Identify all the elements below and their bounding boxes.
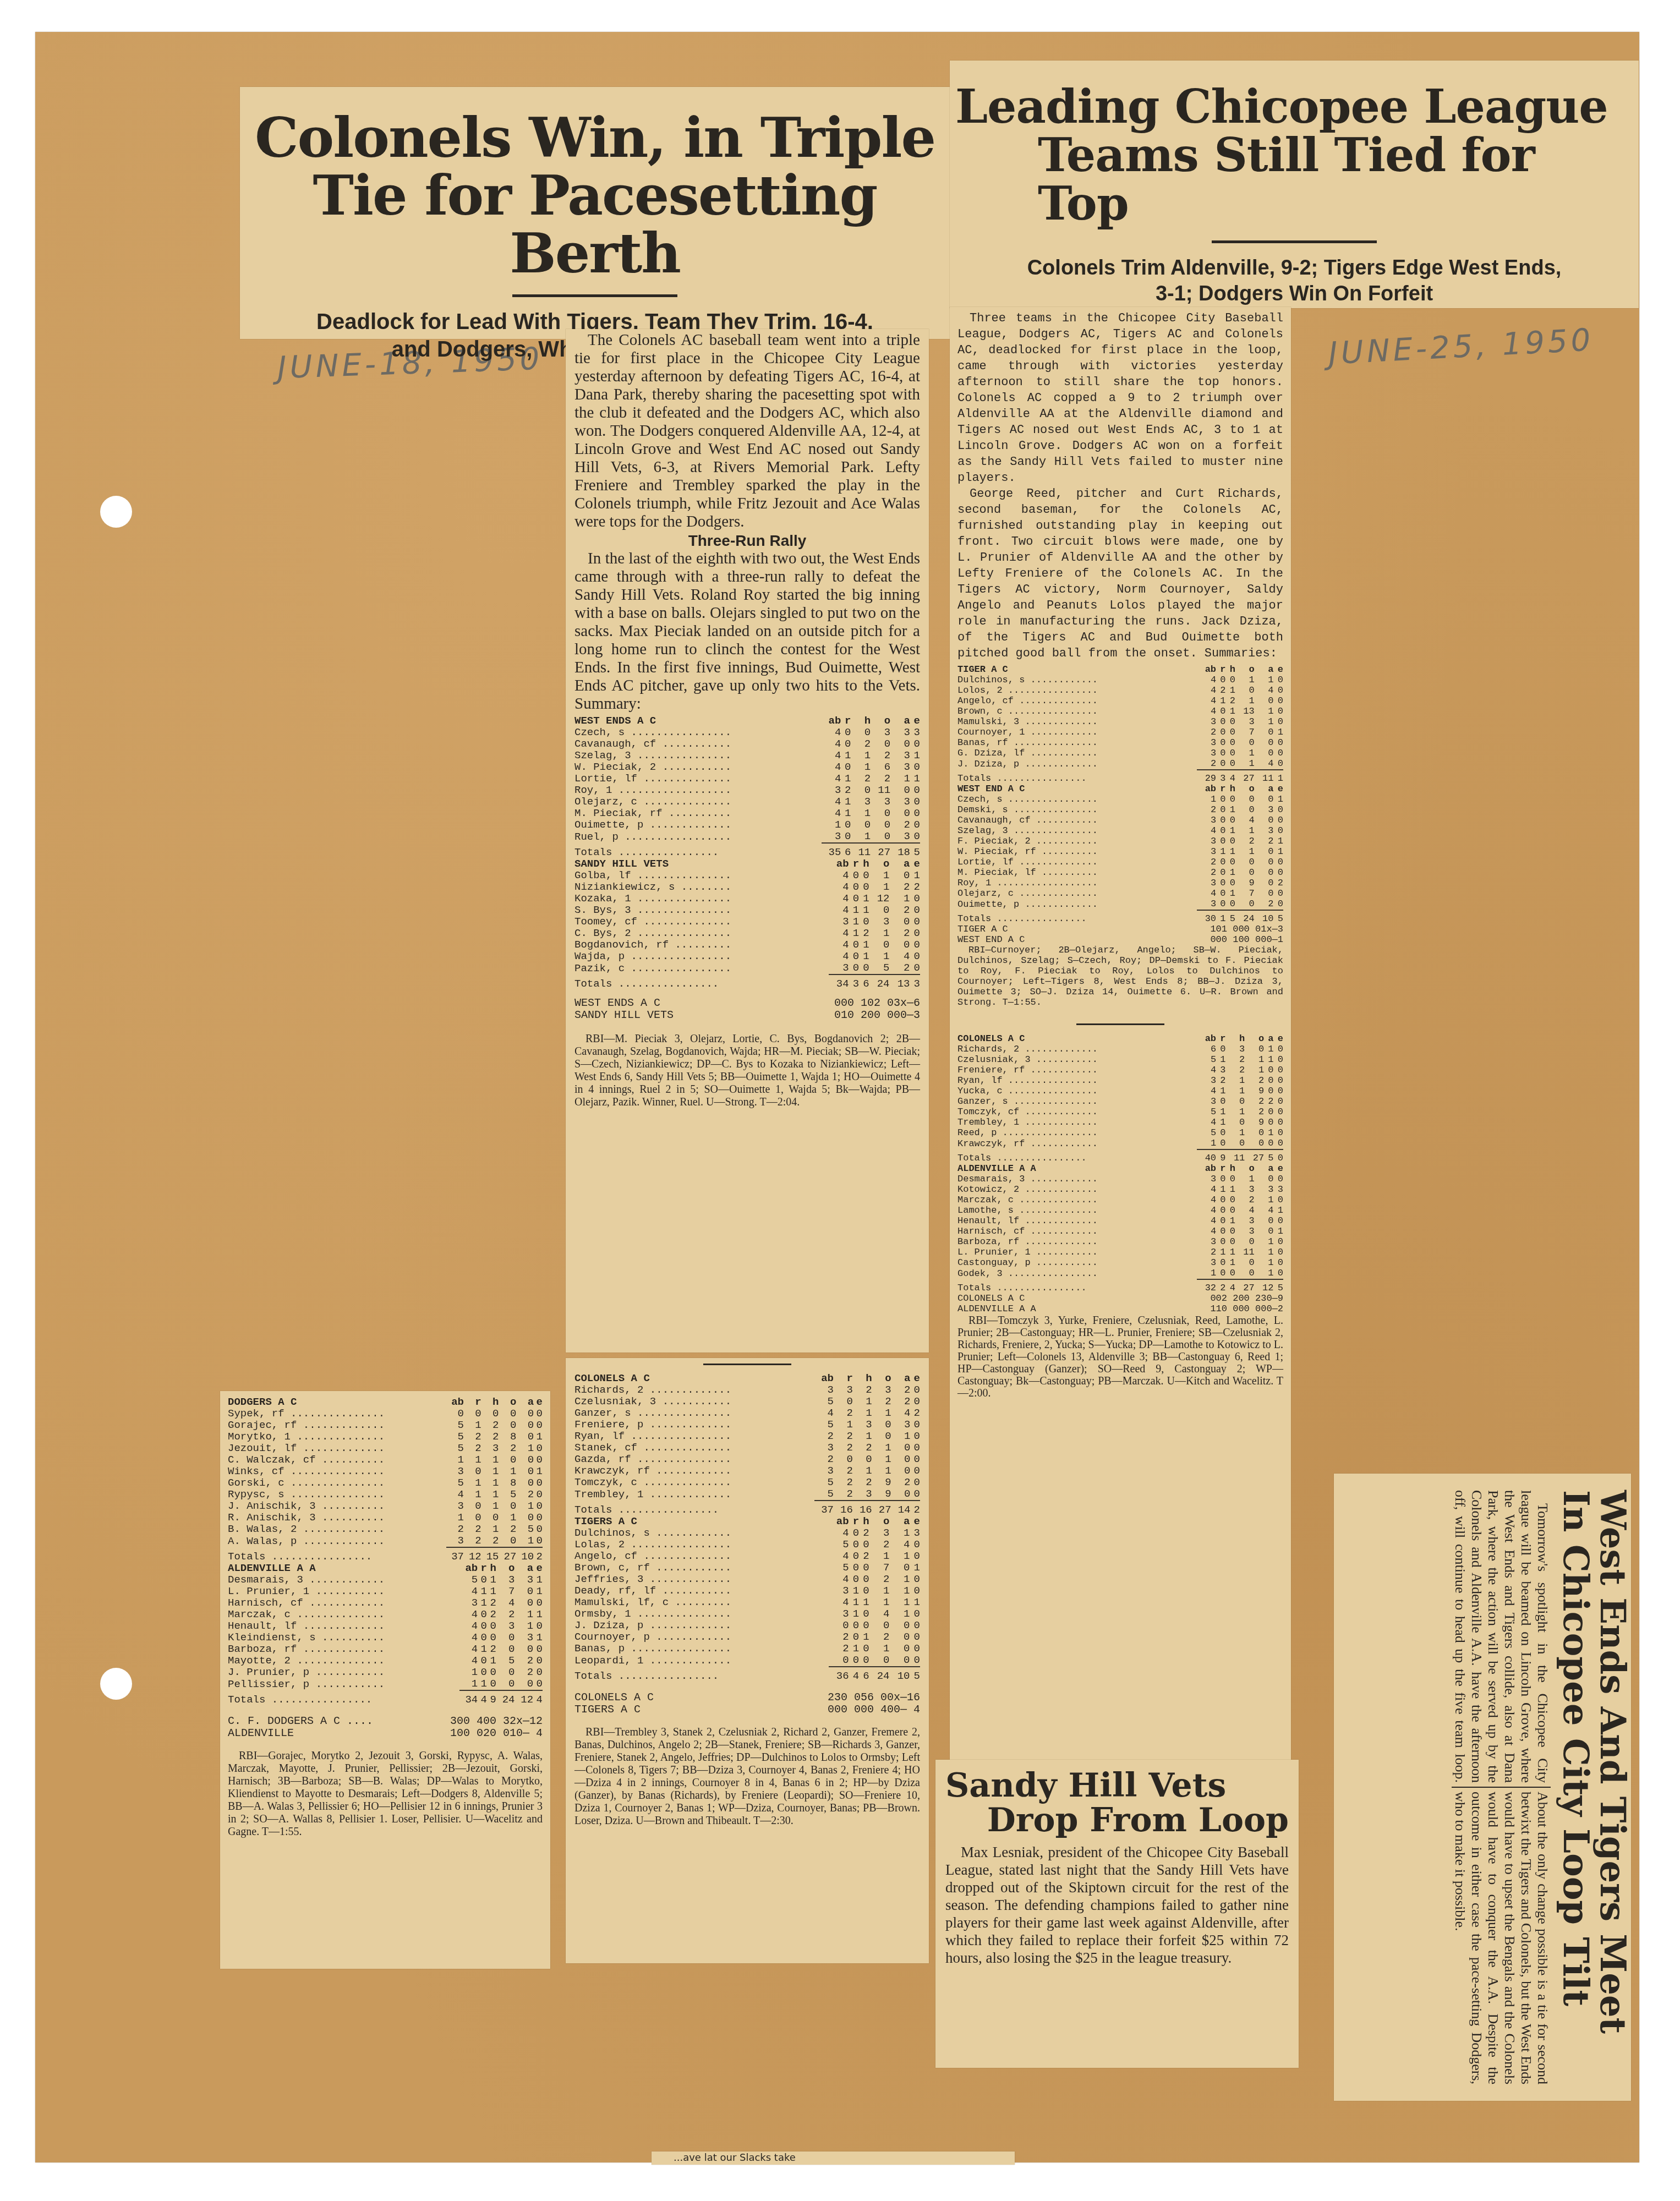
box-score-west-end: WEST END A CabrhoaeCzech, s ............… bbox=[957, 784, 1283, 924]
box-score-table: ALDENVILLE A AabrhoaeDesmarais, 3 ......… bbox=[228, 1563, 543, 1706]
player-row: Lortie, lf ..............412211 bbox=[574, 773, 920, 785]
player-row: Cavanaugh, cf ...........402000 bbox=[574, 738, 920, 750]
box-score-tiger: TIGER A CabrhoaeDulchinos, s ...........… bbox=[957, 665, 1283, 784]
box-score-header: ALDENVILLE A Aabrhoae bbox=[228, 1563, 543, 1574]
player-row: Yucka, c ................411900 bbox=[957, 1086, 1283, 1097]
player-row: Lolos, 2 ................421040 bbox=[957, 686, 1283, 696]
line-score: COLONELS A C230 056 00x—16TIGERS A C000 … bbox=[574, 1692, 920, 1716]
player-row: Harnisch, cf ............312400 bbox=[228, 1597, 543, 1609]
line-score-row: ALDENVILLE A A110 000 000—2 bbox=[957, 1304, 1283, 1315]
player-row: Morytko, 1 ..............522801 bbox=[228, 1431, 543, 1443]
line-score: COLONELS A C002 200 230—9ALDENVILLE A A1… bbox=[957, 1294, 1283, 1315]
player-row: Roy, 1 ..................3201100 bbox=[574, 785, 920, 796]
game-notes: RBI—Tomczyk 3, Yurke, Freniere, Czelusni… bbox=[957, 1315, 1283, 1399]
divider bbox=[1212, 240, 1377, 243]
player-row: J. Prunier, p ...........100020 bbox=[228, 1667, 543, 1678]
player-row: Winks, cf ...............301101 bbox=[228, 1466, 543, 1477]
player-row: Olejarz, c ..............413330 bbox=[574, 796, 920, 808]
player-row: S. Bys, 3 ...............411020 bbox=[574, 905, 920, 916]
article1-paragraph: In the last of the eighth with two out, … bbox=[574, 550, 920, 713]
line-score-row: ALDENVILLE100 020 010— 4 bbox=[228, 1728, 543, 1740]
article2-subhead: Colonels Trim Aldenville, 9-2; Tigers Ed… bbox=[950, 255, 1639, 308]
article2-header-clipping: Leading Chicopee League Teams Still Tied… bbox=[950, 61, 1639, 308]
box-score-header: DODGERS A Cabrhoae bbox=[228, 1397, 543, 1408]
totals-row: Totals ................409112750 bbox=[957, 1149, 1283, 1164]
player-row: J. Anischik, 3 ..........301010 bbox=[228, 1501, 543, 1512]
player-row: B. Walas, 2 .............221250 bbox=[228, 1524, 543, 1535]
player-row: Ouimette, p .............300020 bbox=[957, 899, 1283, 910]
game-notes: RBI—Curnoyer; 2B—Olejarz, Angelo; SB—W. … bbox=[957, 945, 1283, 1008]
box-score-colonels: COLONELS A CabrhoaeRichards, 2 .........… bbox=[957, 1034, 1283, 1164]
article1-colonels-tigers-clipping: COLONELS A CabrhoaeRichards, 2 .........… bbox=[566, 1358, 929, 1963]
player-row: Harnisch, cf ............400301 bbox=[957, 1227, 1283, 1237]
player-row: Mamulski, 3 .............300310 bbox=[957, 717, 1283, 727]
totals-row: Totals ................37161627142 bbox=[574, 1501, 920, 1516]
player-row: W. Pieciak, 2 ...........401630 bbox=[574, 762, 920, 773]
article3-headline: Sandy Hill Vets Drop From Loop bbox=[945, 1769, 1289, 1838]
player-row: Dulchinos, s ............402313 bbox=[574, 1527, 920, 1539]
player-row: F. Pieciak, 2 ...........300221 bbox=[957, 836, 1283, 847]
player-row: C. Walczak, cf ..........111000 bbox=[228, 1454, 543, 1466]
player-row: Czech, s ................400333 bbox=[574, 727, 920, 738]
box-score-header: SANDY HILL VETSabrhoae bbox=[574, 858, 920, 870]
player-row: Pellissier, p ...........110000 bbox=[228, 1678, 543, 1690]
player-row: Szelag, 3 ...............401130 bbox=[957, 826, 1283, 836]
player-row: Ruel, p .................301030 bbox=[574, 831, 920, 843]
article4-headline: West Ends And Tigers Meet In Chicopee Ci… bbox=[1557, 1479, 1631, 2095]
player-row: A. Walas, p .............322010 bbox=[228, 1535, 543, 1547]
line-score-row: SANDY HILL VETS010 200 000—3 bbox=[574, 1010, 920, 1022]
article2-body-clipping: Three teams in the Chicopee City Basebal… bbox=[950, 307, 1291, 1793]
article4-clipping: West Ends And Tigers Meet In Chicopee Ci… bbox=[1334, 1474, 1631, 2101]
line-score-row: WEST ENDS A C000 102 03x—6 bbox=[574, 998, 920, 1010]
box-score-table: DODGERS A CabrhoaeSypek, rf ............… bbox=[228, 1397, 543, 1563]
player-row: Demski, s ...............201030 bbox=[957, 805, 1283, 815]
player-row: Mayotte, 2 ..............401520 bbox=[228, 1655, 543, 1667]
line-score-row: COLONELS A C002 200 230—9 bbox=[957, 1294, 1283, 1304]
player-row: Banas, p ................210100 bbox=[574, 1643, 920, 1655]
player-row: Roy, 1 ..................300902 bbox=[957, 878, 1283, 889]
player-row: Deady, rf, lf ...........310110 bbox=[574, 1585, 920, 1597]
player-row: J. Dziza, p .............000000 bbox=[574, 1620, 920, 1631]
player-row: Gorski, c ...............511800 bbox=[228, 1477, 543, 1489]
player-row: Henault, lf .............400310 bbox=[228, 1620, 543, 1632]
box-score-table: ALDENVILLE A AabrhoaeDesmarais, 3 ......… bbox=[957, 1164, 1283, 1294]
player-row: Castonguay, p ...........301010 bbox=[957, 1258, 1283, 1268]
player-row: L. Prunier, 1 ...........411701 bbox=[228, 1586, 543, 1597]
player-row: R. Anischik, 3 ..........100100 bbox=[228, 1512, 543, 1524]
player-row: Golba, lf ...............400101 bbox=[574, 870, 920, 882]
player-row: Czech, s ................100001 bbox=[957, 795, 1283, 805]
box-score-table: COLONELS A CabrhoaeRichards, 2 .........… bbox=[957, 1034, 1283, 1164]
player-row: Tomczyk, cf .............511200 bbox=[957, 1107, 1283, 1118]
game-notes: RBI—Trembley 3, Stanek 2, Czelusniak 2, … bbox=[574, 1726, 920, 1827]
article4-body: Tomorrow's spotlight in the Chicopee Cit… bbox=[1452, 1479, 1551, 2095]
line-score: WEST ENDS A C000 102 03x—6SANDY HILL VET… bbox=[574, 998, 920, 1022]
player-row: Tomczyk, c ..............522920 bbox=[574, 1477, 920, 1488]
totals-row: Totals ................364624105 bbox=[574, 1667, 920, 1682]
player-row: Leopardi, 1 .............000000 bbox=[574, 1655, 920, 1667]
article1-body-clipping: The Colonels AC baseball team went into … bbox=[566, 329, 929, 1353]
game-notes: RBI—Gorajec, Morytko 2, Jezouit 3, Gorsk… bbox=[228, 1750, 543, 1838]
player-row: Dulchinos, s ............400110 bbox=[957, 675, 1283, 686]
box-score-tigers: TIGERS A CabrhoaeDulchinos, s ..........… bbox=[574, 1516, 920, 1682]
box-score-table: TIGER A CabrhoaeDulchinos, s ...........… bbox=[957, 665, 1283, 784]
player-row: Trembley, 1 .............523900 bbox=[574, 1488, 920, 1501]
player-row: Niziankiewicz, s ........400122 bbox=[574, 882, 920, 893]
player-row: Desmarais, 3 ............300100 bbox=[957, 1174, 1283, 1185]
player-row: M. Pieciak, rf ..........411000 bbox=[574, 808, 920, 819]
article1-paragraph: The Colonels AC baseball team went into … bbox=[574, 331, 920, 531]
player-row: Bogdanovich, rf .........401000 bbox=[574, 939, 920, 951]
box-score-header: TIGERS A Cabrhoae bbox=[574, 1516, 920, 1527]
section-heading: Three-Run Rally bbox=[574, 532, 920, 550]
line-score: C. F. DODGERS A C ....300 400 32x—12ALDE… bbox=[228, 1716, 543, 1740]
box-score-header: TIGER A Cabrhoae bbox=[957, 665, 1283, 675]
binder-hole bbox=[100, 496, 132, 528]
torn-fragment: ...ave lat our Slacks take bbox=[652, 2151, 1015, 2165]
box-score-west-ends: WEST ENDS A CabrhoaeCzech, s ...........… bbox=[574, 715, 920, 858]
totals-row: Totals ................301524105 bbox=[957, 910, 1283, 924]
box-score-header: WEST END A Cabrhoae bbox=[957, 784, 1283, 795]
player-row: Stanek, cf ..............322100 bbox=[574, 1442, 920, 1454]
player-row: Krawczyk, rf ............321100 bbox=[574, 1465, 920, 1477]
box-score-table: TIGERS A CabrhoaeDulchinos, s ..........… bbox=[574, 1516, 920, 1682]
player-row: G. Dziza, lf ............300100 bbox=[957, 748, 1283, 759]
article1-dodgers-aldenville-clipping: DODGERS A CabrhoaeSypek, rf ............… bbox=[220, 1391, 550, 1969]
player-row: Henault, lf .............401300 bbox=[957, 1216, 1283, 1227]
player-row: Angelo, cf ..............412100 bbox=[957, 696, 1283, 707]
player-row: J. Dziza, p .............200140 bbox=[957, 759, 1283, 770]
player-row: Olejarz, c ..............401700 bbox=[957, 889, 1283, 899]
divider bbox=[703, 1364, 791, 1365]
article2-paragraph: Three teams in the Chicopee City Basebal… bbox=[957, 310, 1283, 486]
player-row: L. Prunier, 1 ...........2111110 bbox=[957, 1247, 1283, 1258]
box-score-header: WEST ENDS A Cabrhoae bbox=[574, 715, 920, 727]
player-row: Kotowicz, 2 .............411333 bbox=[957, 1185, 1283, 1195]
player-row: Godek, 3 ................100010 bbox=[957, 1268, 1283, 1279]
player-row: Rypysc, s ...............411520 bbox=[228, 1489, 543, 1501]
player-row: Wajda, p ................401140 bbox=[574, 951, 920, 962]
box-score-aldenville: ALDENVILLE A AabrhoaeDesmarais, 3 ......… bbox=[228, 1563, 543, 1706]
player-row: C. Bys, 2 ...............412120 bbox=[574, 928, 920, 939]
line-score-row: COLONELS A C230 056 00x—16 bbox=[574, 1692, 920, 1704]
player-row: M. Pieciak, lf ..........201000 bbox=[957, 868, 1283, 878]
player-row: Marczak, c ..............402211 bbox=[228, 1609, 543, 1620]
player-row: Kleindienst, s ..........400031 bbox=[228, 1632, 543, 1644]
player-row: Brown, c, rf ............500701 bbox=[574, 1562, 920, 1574]
player-row: Richards, 2 .............332320 bbox=[574, 1384, 920, 1396]
box-score-colonels: COLONELS A CabrhoaeRichards, 2 .........… bbox=[574, 1373, 920, 1516]
player-row: Barboza, rf .............300010 bbox=[957, 1237, 1283, 1247]
player-row: Czelusniak, 3 ...........501220 bbox=[574, 1396, 920, 1408]
player-row: Desmarais, 3 ............501331 bbox=[228, 1574, 543, 1586]
player-row: Trembley, 1 .............410900 bbox=[957, 1118, 1283, 1128]
player-row: Barboza, rf .............412000 bbox=[228, 1644, 543, 1655]
player-row: Lamothe, s ..............400441 bbox=[957, 1206, 1283, 1216]
line-score-row: WEST END A C000 100 000—1 bbox=[957, 935, 1283, 945]
box-score-header: COLONELS A Cabrhoae bbox=[574, 1373, 920, 1384]
binder-hole bbox=[100, 1668, 132, 1700]
player-row: Lortie, lf ..............200000 bbox=[957, 857, 1283, 868]
player-row: Banas, rf ...............300000 bbox=[957, 738, 1283, 748]
totals-row: Totals ................343624133 bbox=[574, 974, 920, 990]
totals-row: Totals ................37121527102 bbox=[228, 1547, 543, 1563]
player-row: Cournoyer, 1 ............200701 bbox=[957, 727, 1283, 738]
divider bbox=[1076, 1023, 1164, 1025]
player-row: Ganzer, s ...............300220 bbox=[957, 1097, 1283, 1107]
player-row: Freniere, p .............513030 bbox=[574, 1419, 920, 1431]
player-row: Pazik, c ................300520 bbox=[574, 962, 920, 974]
player-row: Szelag, 3 ...............411231 bbox=[574, 750, 920, 762]
player-row: Marczak, c ..............400210 bbox=[957, 1195, 1283, 1206]
player-row: Kozaka, 1 ...............4011210 bbox=[574, 893, 920, 905]
player-row: Angelo, cf ..............402110 bbox=[574, 1551, 920, 1562]
player-row: Sypek, rf ...............000000 bbox=[228, 1408, 543, 1420]
box-score-table: WEST ENDS A CabrhoaeCzech, s ...........… bbox=[574, 715, 920, 858]
box-score-table: SANDY HILL VETSabrhoaeGolba, lf ........… bbox=[574, 858, 920, 990]
article3-clipping: Sandy Hill Vets Drop From Loop Max Lesni… bbox=[935, 1760, 1299, 2068]
player-row: Cavanaugh, cf ...........300400 bbox=[957, 815, 1283, 826]
box-score-aldenville: ALDENVILLE A AabrhoaeDesmarais, 3 ......… bbox=[957, 1164, 1283, 1294]
player-row: W. Pieciak, rf ..........311101 bbox=[957, 847, 1283, 857]
article2-paragraph: George Reed, pitcher and Curt Richards, … bbox=[957, 486, 1283, 661]
player-row: Ryan, lf ................221010 bbox=[574, 1431, 920, 1442]
player-row: Reed, p .................501010 bbox=[957, 1128, 1283, 1138]
box-score-header: ALDENVILLE A Aabrhoae bbox=[957, 1164, 1283, 1174]
divider bbox=[512, 294, 677, 297]
box-score-header: COLONELS A Cabrhoae bbox=[957, 1034, 1283, 1044]
totals-row: Totals ................344924124 bbox=[228, 1690, 543, 1706]
article3-body: Max Lesniak, president of the Chicopee C… bbox=[945, 1843, 1289, 1967]
player-row: Ouimette, p .............100020 bbox=[574, 819, 920, 831]
player-row: Krawczyk, rf ............100000 bbox=[957, 1138, 1283, 1149]
player-row: Ormsby, 1 ...............310410 bbox=[574, 1608, 920, 1620]
player-row: Gorajec, rf .............512000 bbox=[228, 1420, 543, 1431]
player-row: Czelusniak, 3 ...........512110 bbox=[957, 1055, 1283, 1065]
player-row: Mamulski, lf, c .........411111 bbox=[574, 1597, 920, 1608]
line-score-row: TIGER A C101 000 01x—3 bbox=[957, 924, 1283, 935]
article1-header-clipping: Colonels Win, in Triple Tie for Pacesett… bbox=[240, 87, 950, 339]
player-row: Toomey, cf ..............310300 bbox=[574, 916, 920, 928]
game-notes: RBI—M. Pieciak 3, Olejarz, Lortie, C. By… bbox=[574, 1033, 920, 1109]
player-row: Freniere, rf ............432100 bbox=[957, 1065, 1283, 1076]
article2-headline: Leading Chicopee League Teams Still Tied… bbox=[950, 83, 1639, 228]
line-score-row: C. F. DODGERS A C ....300 400 32x—12 bbox=[228, 1716, 543, 1728]
line-score: TIGER A C101 000 01x—3WEST END A C000 10… bbox=[957, 924, 1283, 945]
player-row: Gazda, rf ...............200100 bbox=[574, 1454, 920, 1465]
player-row: Brown, c ................4011310 bbox=[957, 707, 1283, 717]
article4-rotated: West Ends And Tigers Meet In Chicopee Ci… bbox=[1334, 1479, 1631, 2095]
totals-row: Totals ................322427125 bbox=[957, 1279, 1283, 1294]
player-row: Cournoyer, p ............201200 bbox=[574, 1631, 920, 1643]
player-row: Ryan, lf ................321200 bbox=[957, 1076, 1283, 1086]
box-score-table: WEST END A CabrhoaeCzech, s ............… bbox=[957, 784, 1283, 924]
player-row: Jezouit, lf .............523210 bbox=[228, 1443, 543, 1454]
box-score-table: COLONELS A CabrhoaeRichards, 2 .........… bbox=[574, 1373, 920, 1516]
line-score-row: TIGERS A C000 000 400— 4 bbox=[574, 1704, 920, 1716]
handwritten-date-right: JUNE-25, 1950 bbox=[1328, 322, 1595, 371]
box-score-dodgers: DODGERS A CabrhoaeSypek, rf ............… bbox=[228, 1397, 543, 1563]
player-row: Ganzer, s ...............421142 bbox=[574, 1408, 920, 1419]
box-score-sandy-hill: SANDY HILL VETSabrhoaeGolba, lf ........… bbox=[574, 858, 920, 990]
player-row: Lolas, 2 ................500240 bbox=[574, 1539, 920, 1551]
player-row: Jeffries, 3 .............400210 bbox=[574, 1574, 920, 1585]
totals-row: Totals ................3561127185 bbox=[574, 843, 920, 858]
player-row: Richards, 2 .............603010 bbox=[957, 1044, 1283, 1055]
totals-row: Totals ................293427111 bbox=[957, 770, 1283, 784]
article1-headline: Colonels Win, in Triple Tie for Pacesett… bbox=[240, 109, 950, 282]
scrapbook-page: JUNE-18, 1950 JUNE-25, 1950 Colonels Win… bbox=[35, 32, 1639, 2162]
